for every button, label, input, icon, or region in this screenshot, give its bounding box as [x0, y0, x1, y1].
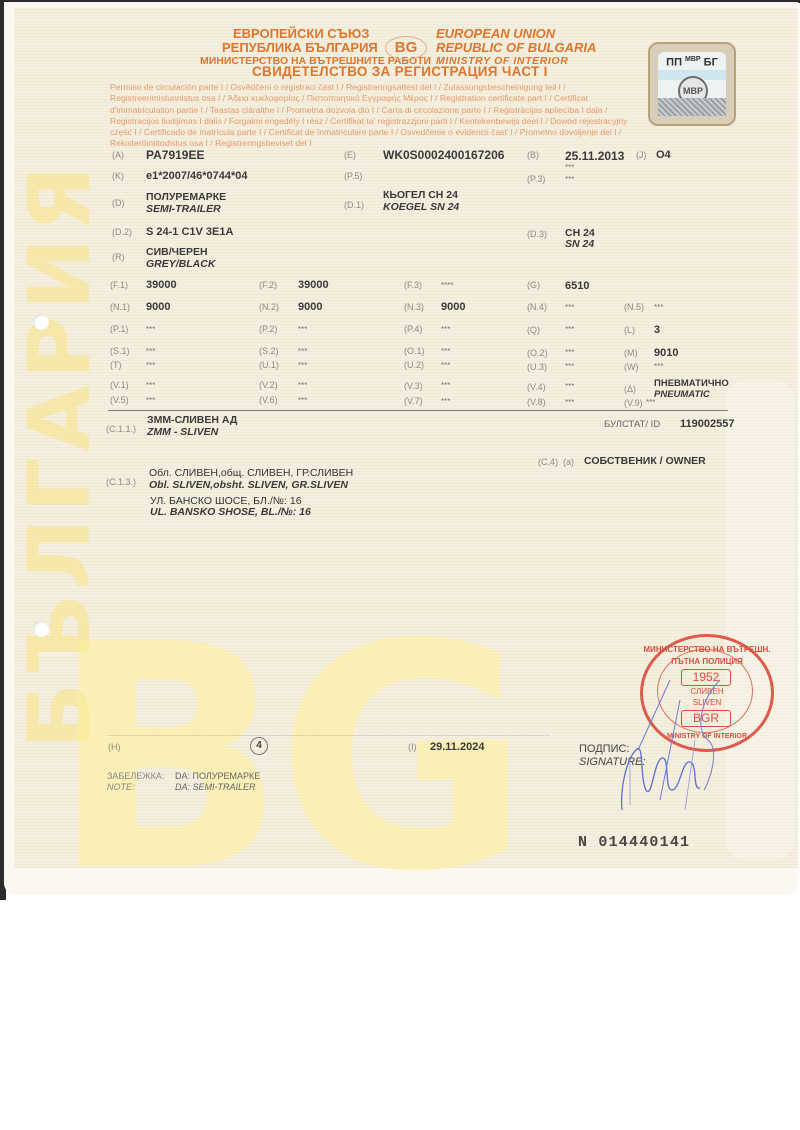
- field-value: ***: [646, 398, 655, 407]
- field-first-registration-date: 25.11.2013: [565, 149, 624, 163]
- field-label: (Δ): [624, 384, 636, 394]
- field-label: (D.3): [527, 229, 547, 239]
- field-label: (N.4): [527, 302, 547, 312]
- field-label: (E): [344, 150, 356, 160]
- field-make-en: KOEGEL SN 24: [383, 201, 459, 213]
- field-label: (F.1): [110, 280, 128, 290]
- field-vehicle-category: O4: [656, 149, 671, 161]
- holder-address-1-bg: Обл. СЛИВЕН,общ. СЛИВЕН, ГР.СЛИВЕН: [149, 467, 353, 479]
- field-value: ***: [441, 381, 450, 390]
- field-label: (a): [563, 457, 574, 467]
- field-value: ***: [441, 397, 450, 406]
- field-label: (K): [112, 171, 124, 181]
- signature-icon: [600, 640, 750, 810]
- field-label: (N.2): [259, 302, 279, 312]
- holder-capacity: СОБСТВЕНИК / OWNER: [584, 455, 706, 467]
- field-label: (D.1): [344, 200, 364, 210]
- note-value-bg: DA: ПОЛУРЕМАРКЕ: [175, 771, 260, 781]
- field-value: ***: [565, 303, 574, 312]
- field-label: (U.3): [527, 362, 547, 372]
- field-axle-load-3: 9000: [441, 301, 465, 313]
- field-label: (U.1): [259, 360, 279, 370]
- field-label: (W): [624, 362, 639, 372]
- field-permissible-mass: 39000: [298, 279, 329, 291]
- field-brakes-bg: ПНЕВМАТИЧНО: [654, 378, 729, 389]
- header-republic-en: REPUBLIC OF BULGARIA: [436, 40, 596, 55]
- field-colour-bg: СИВ/ЧЕРЕН: [146, 246, 208, 258]
- field-value: ***: [565, 382, 574, 391]
- field-label: (V.6): [259, 395, 278, 405]
- note-label-bg: ЗАБЕЛЕЖКА:: [107, 771, 164, 781]
- field-value: ***: [565, 325, 574, 334]
- field-label: (C.1.3.): [106, 477, 136, 487]
- field-issue-date: 29.11.2024: [430, 741, 484, 753]
- field-value: ***: [298, 396, 307, 405]
- field-label: (P.3): [527, 174, 545, 184]
- header-republic-bg: РЕПУБЛИКА БЪЛГАРИЯ: [222, 40, 378, 55]
- holder-address-2-en: UL. BANSKO SHOSE, BL./№: 16: [150, 506, 311, 518]
- field-label: (T): [110, 360, 122, 370]
- field-label: (P.1): [110, 324, 128, 334]
- holder-id-label: БУЛСТАТ/ ID: [604, 419, 660, 430]
- field-vehicle-type-bg: ПОЛУРЕМАРКЕ: [146, 191, 226, 203]
- field-label: (H): [108, 742, 121, 752]
- field-label: (P.4): [404, 324, 422, 334]
- field-value: ***: [654, 303, 663, 312]
- field-label: (J): [636, 150, 647, 160]
- holder-id-value: 119002557: [680, 418, 734, 430]
- field-value: ***: [565, 348, 574, 357]
- header-eu-bg: ЕВРОПЕЙСКИ СЪЮЗ: [233, 26, 369, 41]
- country-code-badge: BG: [385, 36, 427, 60]
- field-make-bg: КЬОГЕЛ СН 24: [383, 189, 458, 201]
- field-label: (C.1.1.): [106, 424, 136, 434]
- field-axles: 3: [654, 324, 660, 336]
- field-label: (U.2): [404, 360, 424, 370]
- field-value: ***: [298, 381, 307, 390]
- field-value: ***: [565, 163, 574, 172]
- field-label: (F.3): [404, 280, 422, 290]
- field-value: ***: [298, 347, 307, 356]
- field-value: ***: [441, 325, 450, 334]
- punch-hole: [33, 621, 49, 637]
- field-label: (P.5): [344, 171, 362, 181]
- field-label: (C.4): [538, 457, 558, 467]
- note-value-en: DA: SEMI-TRAILER: [175, 782, 256, 792]
- field-model-en: SN 24: [565, 238, 594, 250]
- field-label: (N.1): [110, 302, 130, 312]
- field-label: (S.2): [259, 346, 279, 356]
- field-value: ***: [146, 347, 155, 356]
- field-max-mass: 39000: [146, 279, 177, 291]
- field-label: (N.5): [624, 302, 644, 312]
- field-label: (I): [408, 742, 417, 752]
- field-type-approval: e1*2007/46*0744*04: [146, 170, 248, 182]
- field-label: (R): [112, 252, 125, 262]
- holder-name-bg: ЗММ-СЛИВЕН АД: [147, 414, 237, 426]
- section-divider: [108, 410, 728, 411]
- field-label: (S.1): [110, 346, 130, 356]
- field-label: (D): [112, 198, 125, 208]
- field-axle-load-2: 9000: [298, 301, 322, 313]
- field-value: ***: [565, 398, 574, 407]
- circle-number: 4: [250, 737, 268, 755]
- field-label: (V.3): [404, 381, 423, 391]
- field-label: (O.2): [527, 348, 548, 358]
- punch-hole: [33, 314, 49, 330]
- field-label: (Q): [527, 325, 540, 335]
- field-label: (V.5): [110, 395, 129, 405]
- holder-name-en: ZMM - SLIVEN: [147, 426, 218, 438]
- field-label: (L): [624, 325, 635, 335]
- field-label: (M): [624, 348, 638, 358]
- field-label: (D.2): [112, 227, 132, 237]
- field-variant: S 24-1 C1V 3E1A: [146, 226, 233, 238]
- field-label: (V.2): [259, 380, 278, 390]
- field-value: ***: [298, 361, 307, 370]
- field-label: (V.7): [404, 396, 423, 406]
- field-mass-in-service: 6510: [565, 280, 589, 292]
- document-title: СВИДЕТЕЛСТВО ЗА РЕГИСТРАЦИЯ ЧАСТ I: [252, 64, 548, 79]
- multilingual-title: Permiso de circulación parte I / Osvědče…: [110, 82, 630, 150]
- field-fuel: ***: [565, 175, 574, 184]
- field-value: ***: [565, 362, 574, 371]
- field-m: 9010: [654, 347, 678, 359]
- field-vehicle-type-en: SEMI-TRAILER: [146, 203, 221, 215]
- watermark-bg: BG: [50, 605, 521, 915]
- field-value: ***: [298, 325, 307, 334]
- security-hologram: ПП МВР БГ МВР: [648, 42, 736, 126]
- field-label: (A): [112, 150, 124, 160]
- hologram-text: ПП МВР БГ: [658, 56, 726, 69]
- field-label: (V.8): [527, 397, 546, 407]
- field-value: ***: [146, 325, 155, 334]
- holder-address-1-en: Obl. SLIVEN,obsht. SLIVEN, GR.SLIVEN: [149, 479, 348, 491]
- field-label: (B): [527, 150, 539, 160]
- field-value: ***: [146, 396, 155, 405]
- field-label: (G): [527, 280, 540, 290]
- field-value: ***: [146, 381, 155, 390]
- field-value: ****: [441, 281, 453, 290]
- field-value: ***: [654, 362, 663, 371]
- field-label: (O.1): [404, 346, 425, 356]
- field-colour-en: GREY/BLACK: [146, 258, 215, 270]
- field-label: (P.2): [259, 324, 277, 334]
- field-vin: WK0S0002400167206: [383, 148, 504, 162]
- field-registration-number: PA7919EE: [146, 148, 204, 162]
- note-label-en: NOTE:: [107, 782, 135, 792]
- field-value: ***: [441, 347, 450, 356]
- field-label: (V.9): [624, 398, 643, 408]
- field-label: (F.2): [259, 280, 277, 290]
- field-value: ***: [441, 361, 450, 370]
- header-eu-en: EUROPEAN UNION: [436, 26, 555, 41]
- field-axle-load-1: 9000: [146, 301, 170, 313]
- field-brakes-en: PNEUMATIC: [654, 389, 710, 400]
- serial-number: N 014440141: [578, 834, 690, 851]
- field-label: (V.1): [110, 380, 129, 390]
- field-label: (N.3): [404, 302, 424, 312]
- field-label: (V.4): [527, 382, 546, 392]
- field-value: ***: [146, 361, 155, 370]
